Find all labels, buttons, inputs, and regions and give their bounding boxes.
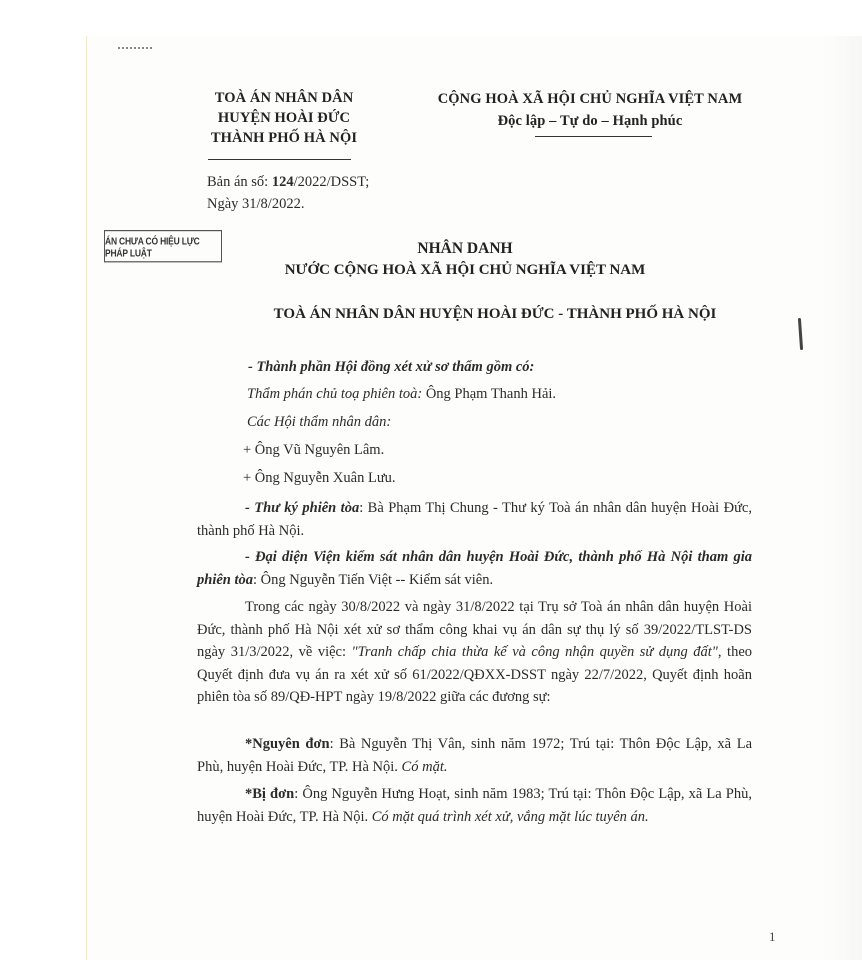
scan-artifact [118, 47, 152, 51]
presiding-label: Thẩm phán chủ toạ phiên toà: [247, 386, 426, 402]
defendant-paragraph: *Bị đơn: Ông Nguyễn Hưng Hoạt, sinh năm … [197, 783, 752, 828]
judgment-number: Bản án số: 124/2022/DSST; [207, 171, 369, 193]
motto: Độc lập – Tự do – Hạnh phúc [420, 110, 760, 132]
proceedings-paragraph: Trong các ngày 30/8/2022 và ngày 31/8/20… [197, 596, 752, 709]
plaintiff-label: *Nguyên đơn [245, 736, 330, 752]
header-divider-right [535, 136, 652, 137]
nation-header: CỘNG HOÀ XÃ HỘI CHỦ NGHĨA VIỆT NAM Độc l… [420, 88, 760, 132]
procuracy-paragraph: - Đại diện Viện kiểm sát nhân dân huyện … [197, 546, 752, 591]
defendant-status: Có mặt quá trình xét xử, vắng mặt lúc tu… [372, 809, 649, 825]
judgment-date: Ngày 31/8/2022. [207, 193, 304, 215]
clerk-paragraph: - Thư ký phiên tòa: Bà Phạm Thị Chung - … [197, 497, 752, 542]
in-the-name-of: NHÂN DANH [300, 240, 630, 258]
defendant-label: *Bị đơn [245, 786, 294, 802]
nation-title: CỘNG HOÀ XÃ HỘI CHỦ NGHĨA VIỆT NAM [420, 88, 760, 110]
judgment-number-bold: 124 [272, 174, 294, 190]
court-line: TOÀ ÁN NHÂN DÂN [204, 88, 364, 108]
plaintiff-status: Có mặt. [402, 759, 448, 775]
case-title: "Tranh chấp chia thừa kế và công nhận qu… [352, 644, 718, 660]
court-line: HUYỆN HOÀI ĐỨC [204, 108, 364, 128]
jurors-label: Các Hội thẩm nhân dân: [247, 411, 391, 433]
court-header: TOÀ ÁN NHÂN DÂN HUYỆN HOÀI ĐỨC THÀNH PHỐ… [204, 88, 364, 148]
judgment-label: Bản án số: [207, 174, 272, 190]
presiding-judge: Thẩm phán chủ toạ phiên toà: Ông Phạm Th… [247, 383, 556, 405]
presiding-name: Ông Phạm Thanh Hải. [426, 386, 556, 402]
header-divider-left [208, 159, 351, 160]
procuracy-text: : Ông Nguyễn Tiến Việt -- Kiểm sát viên. [253, 572, 493, 588]
validity-stamp: ÁN CHƯA CÓ HIỆU LỰC PHÁP LUẬT [104, 230, 222, 262]
nation-name: NƯỚC CỘNG HOÀ XÃ HỘI CHỦ NGHĨA VIỆT NAM [265, 262, 665, 279]
clerk-label: - Thư ký phiên tòa [245, 500, 359, 516]
juror-item: + Ông Vũ Nguyên Lâm. [243, 439, 384, 461]
judgment-number-rest: /2022/DSST; [294, 174, 370, 190]
juror-item: + Ông Nguyễn Xuân Lưu. [243, 467, 396, 489]
page-number: 1 [769, 929, 776, 945]
panel-heading: - Thành phần Hội đồng xét xử sơ thẩm gồm… [248, 356, 534, 378]
court-line: THÀNH PHỐ HÀ NỘI [204, 128, 364, 148]
court-title: TOÀ ÁN NHÂN DÂN HUYỆN HOÀI ĐỨC - THÀNH P… [230, 306, 760, 323]
plaintiff-paragraph: *Nguyên đơn: Bà Nguyễn Thị Vân, sinh năm… [197, 733, 752, 778]
